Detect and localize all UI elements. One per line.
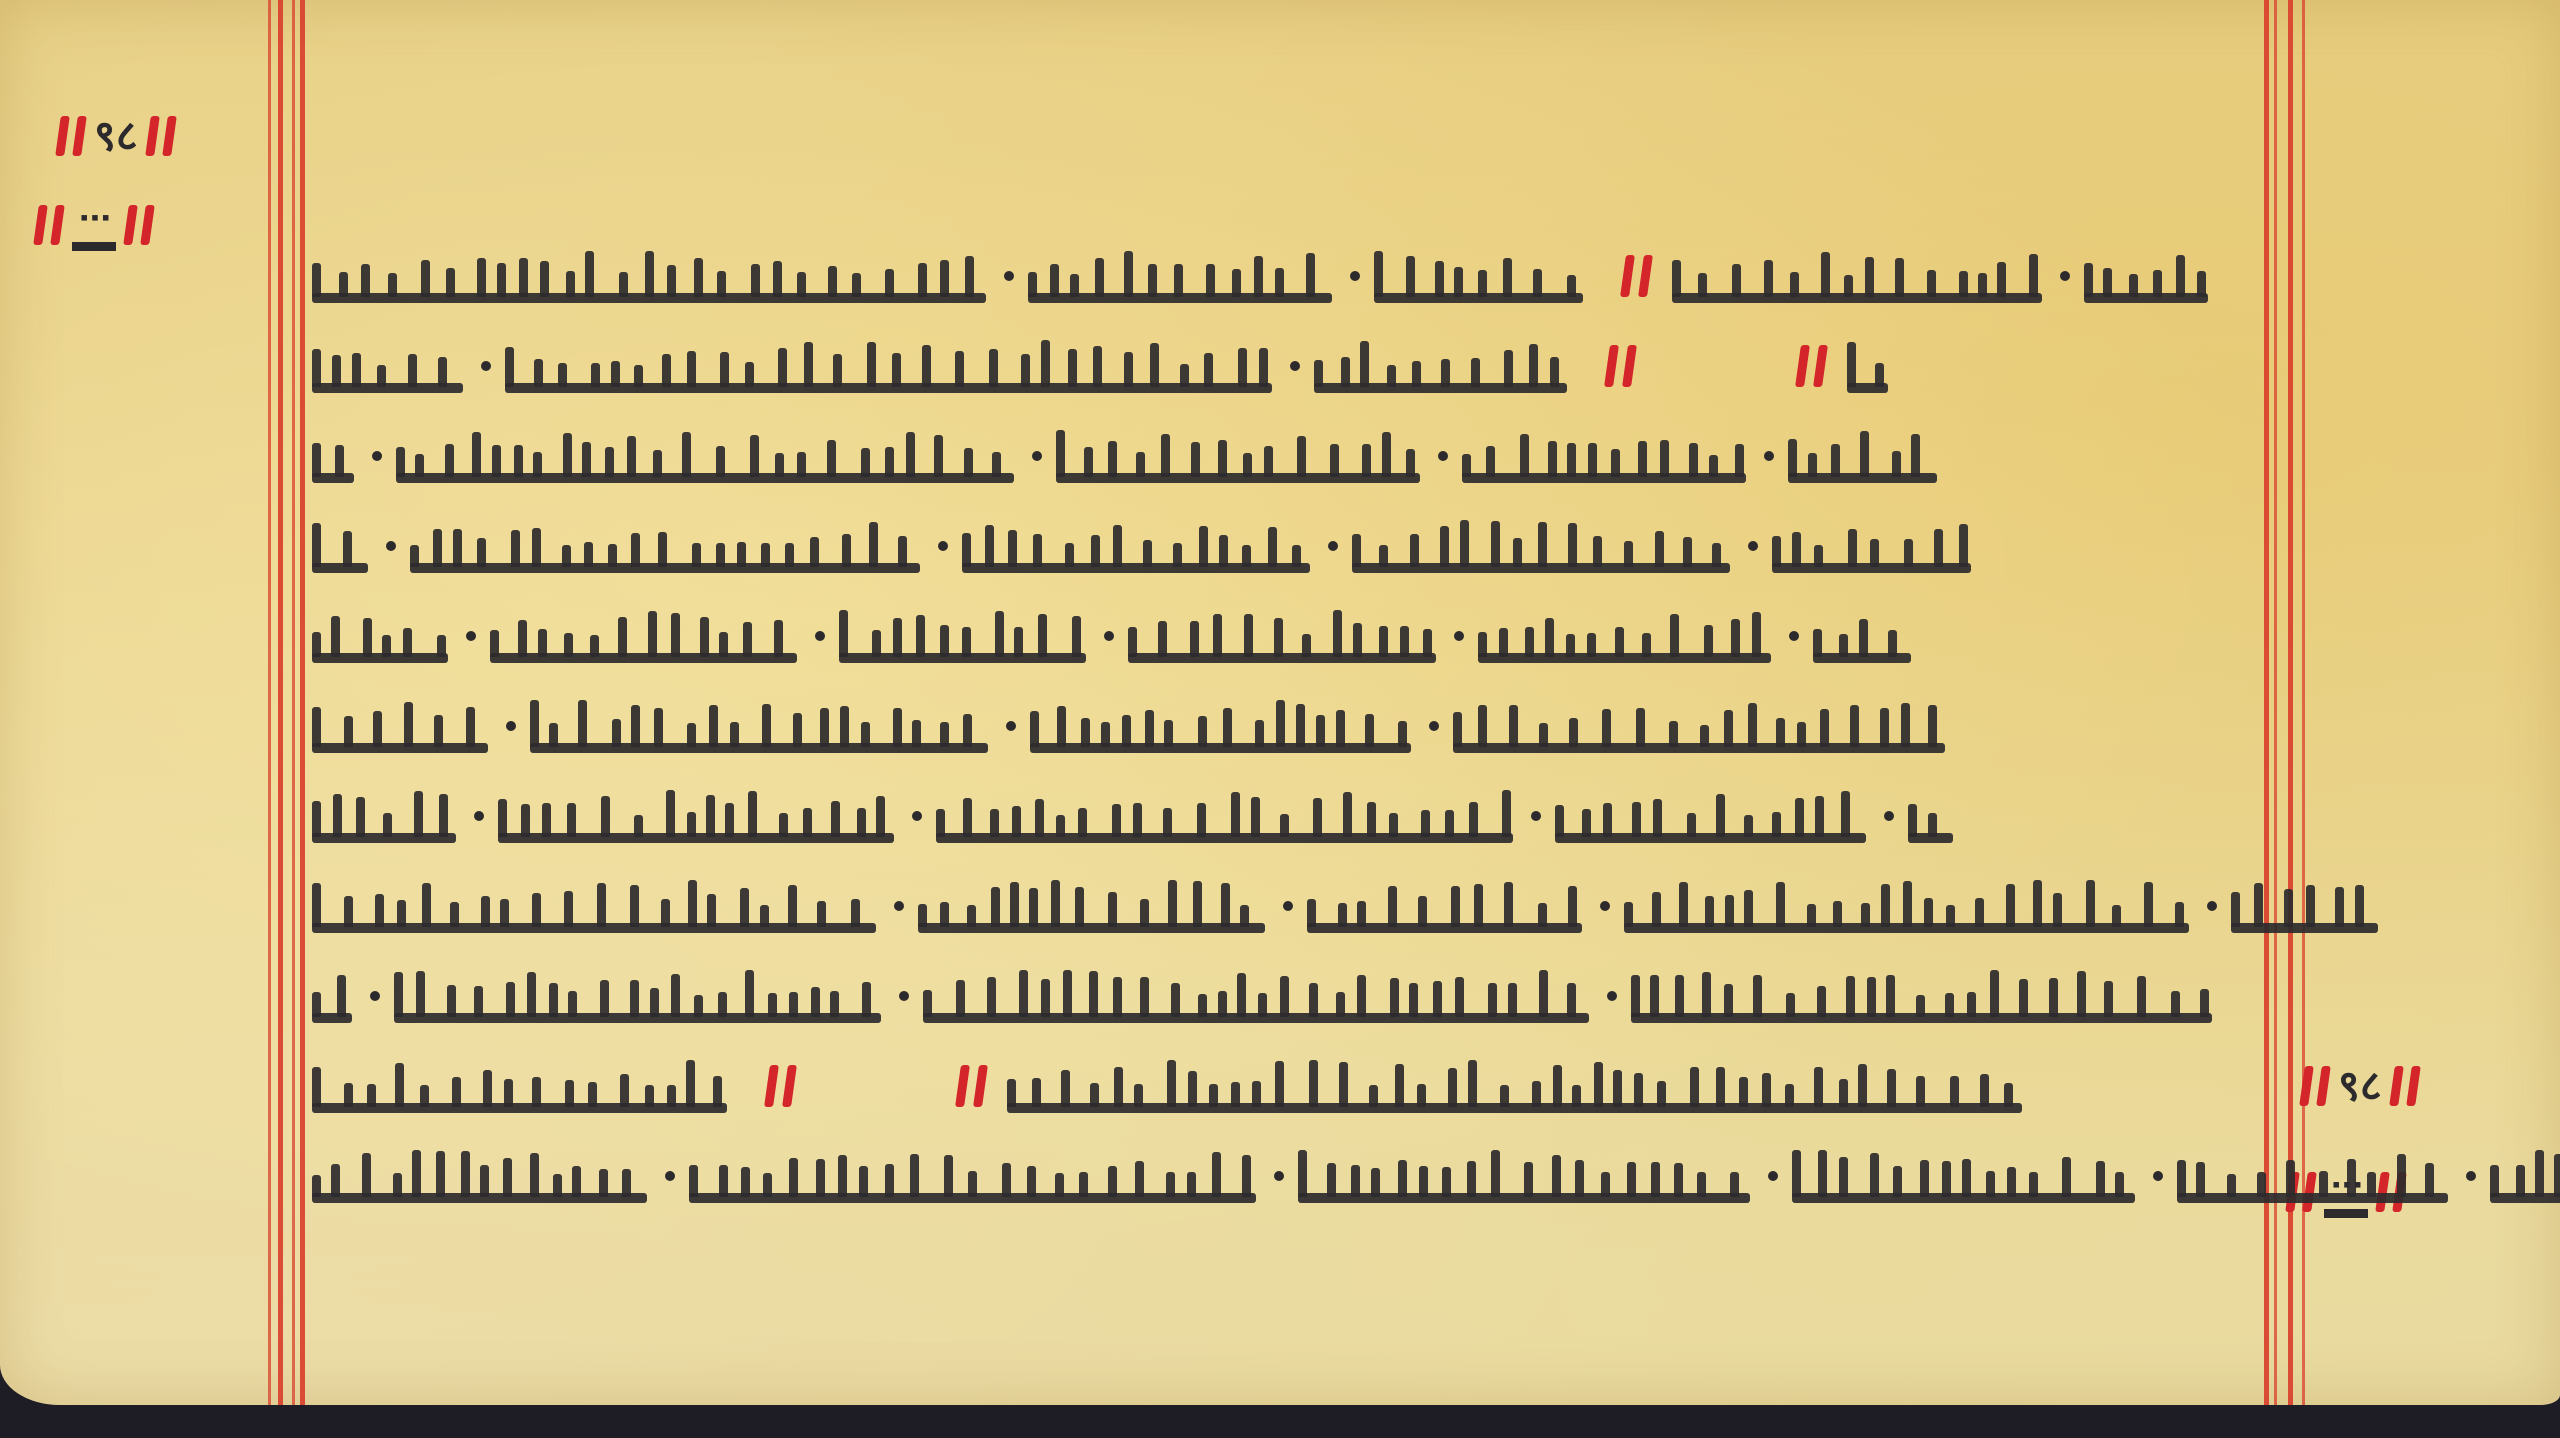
glyph-stroke [985, 525, 994, 567]
glyph-stroke [1552, 1155, 1561, 1197]
glyph-stroke [1818, 1150, 1827, 1197]
glyph-stroke [1395, 1064, 1404, 1107]
glyph-stroke [461, 1151, 470, 1197]
visarga-dot [1789, 631, 1799, 641]
glyph-stroke [1056, 430, 1065, 477]
glyph-stroke [892, 353, 901, 387]
glyph-stroke [774, 620, 783, 657]
glyph-stroke [1191, 442, 1200, 477]
headline-stroke [505, 383, 1272, 393]
script-word [2177, 1139, 2456, 1205]
glyph-stroke [1433, 981, 1442, 1017]
visarga-dot [1328, 541, 1338, 551]
script-word [1813, 599, 1919, 665]
headline-stroke [923, 1013, 1589, 1023]
glyph-stroke [1632, 802, 1641, 837]
glyph-stroke [934, 435, 943, 477]
glyph-stroke [648, 611, 657, 657]
script-word [312, 869, 884, 935]
glyph-stroke [312, 707, 321, 747]
glyph-stroke [1197, 803, 1206, 837]
glyph-stroke [1231, 792, 1240, 837]
glyph-stroke [506, 982, 515, 1017]
glyph-stroke [1847, 342, 1856, 387]
glyph-stroke [1468, 1060, 1477, 1107]
headline-stroke [1555, 833, 1866, 843]
glyph-stroke [743, 622, 752, 657]
glyph-stroke [1859, 619, 1868, 657]
glyph-stroke [2144, 882, 2153, 927]
glyph-stroke [483, 1070, 492, 1107]
glyph-stroke [1901, 703, 1910, 747]
glyph-stroke [1870, 1153, 1879, 1197]
script-word [1298, 1139, 1758, 1205]
manuscript-line: line 1 [312, 245, 2252, 305]
glyph-stroke [564, 891, 573, 927]
glyph-stroke [1041, 979, 1050, 1017]
glyph-stroke [1150, 343, 1159, 387]
script-word [1028, 239, 1340, 305]
glyph-stroke [2535, 1150, 2544, 1197]
glyph-stroke [1502, 790, 1511, 837]
visarga-dot [466, 631, 476, 641]
left-margin-rule [268, 0, 271, 1405]
folio-label-value: ᐧᐧᐧ [72, 198, 116, 251]
glyph-stroke [1298, 1150, 1307, 1197]
glyph-stroke [1406, 256, 1415, 297]
headline-stroke [1908, 833, 1953, 843]
glyph-stroke [788, 885, 797, 927]
glyph-stroke [414, 791, 423, 837]
glyph-stroke [1199, 526, 1208, 567]
glyph-stroke [838, 1155, 847, 1197]
script-word [505, 329, 1280, 395]
glyph-stroke [840, 706, 849, 747]
glyph-stroke [862, 982, 871, 1017]
script-word [1056, 419, 1428, 485]
glyph-stroke [497, 263, 506, 297]
glyph-stroke [412, 1150, 421, 1197]
script-word [1007, 1049, 2030, 1115]
glyph-stroke [1567, 983, 1576, 1017]
glyph-stroke [944, 1155, 953, 1197]
glyph-stroke [1158, 621, 1167, 657]
script-word [312, 599, 456, 665]
glyph-stroke [1075, 887, 1084, 927]
glyph-stroke [1108, 892, 1117, 927]
script-word [312, 509, 376, 575]
visarga-dot [1454, 631, 1464, 641]
script-word [312, 779, 464, 845]
headline-stroke [394, 1013, 881, 1023]
glyph-stroke [532, 893, 541, 927]
left-margin-rule [278, 0, 283, 1405]
glyph-stroke [916, 615, 925, 657]
script-glyphs [312, 1057, 2252, 1115]
glyph-stroke [991, 887, 1000, 927]
glyph-stroke [658, 532, 667, 567]
glyph-stroke [518, 620, 527, 657]
glyph-stroke [1650, 975, 1659, 1017]
glyph-stroke [2033, 880, 2042, 927]
glyph-stroke [1469, 802, 1478, 837]
script-word [923, 959, 1597, 1025]
visarga-dot [2207, 901, 2217, 911]
script-word [1847, 329, 1896, 395]
visarga-dot [894, 901, 904, 911]
glyph-stroke [1140, 977, 1149, 1017]
manuscript-line: line 2 [312, 335, 2252, 395]
script-glyphs [312, 607, 2252, 665]
glyph-stroke [1716, 794, 1725, 837]
glyph-stroke [2355, 885, 2364, 927]
glyph-stroke [1881, 884, 1890, 927]
headline-stroke [1813, 653, 1911, 663]
script-word [936, 779, 1521, 845]
glyph-stroke [433, 529, 442, 567]
glyph-stroke [2425, 1163, 2434, 1197]
glyph-stroke [1221, 883, 1230, 927]
glyph-stroke [1753, 975, 1762, 1017]
glyph-stroke [804, 342, 813, 387]
glyph-stroke [511, 530, 520, 567]
glyph-stroke [1846, 976, 1855, 1017]
glyph-stroke [1815, 796, 1824, 837]
script-word [1631, 959, 2220, 1025]
glyph-stroke [1631, 975, 1640, 1017]
glyph-stroke [1997, 262, 2006, 297]
glyph-stroke [1679, 882, 1688, 927]
glyph-stroke [940, 260, 949, 297]
script-glyphs [312, 427, 2252, 485]
script-word [1352, 509, 1738, 575]
headline-stroke [530, 743, 988, 753]
glyph-stroke [1029, 888, 1038, 927]
headline-stroke [1792, 1193, 2135, 1203]
manuscript-line: line 6 [312, 695, 2252, 755]
glyph-stroke [453, 529, 462, 567]
headline-stroke [312, 833, 456, 843]
glyph-stroke [2306, 885, 2315, 927]
script-word [312, 1139, 655, 1205]
glyph-stroke [1474, 884, 1483, 927]
glyph-stroke [816, 1159, 825, 1197]
glyph-stroke [1002, 1163, 1011, 1197]
headline-stroke [312, 1013, 352, 1023]
glyph-stroke [1674, 1163, 1683, 1197]
glyph-stroke [422, 883, 431, 927]
glyph-stroke [1575, 1160, 1584, 1197]
headline-stroke [839, 653, 1086, 663]
glyph-stroke [706, 795, 715, 837]
visarga-dot [506, 721, 516, 731]
double-danda-icon [1623, 255, 1650, 297]
glyph-stroke [1145, 710, 1154, 747]
glyph-stroke [671, 613, 680, 657]
glyph-stroke [312, 263, 321, 297]
glyph-stroke [2196, 1162, 2205, 1197]
glyph-stroke [1752, 612, 1761, 657]
double-danda-icon [58, 116, 84, 156]
script-glyphs [312, 877, 2396, 935]
glyph-stroke [312, 883, 321, 927]
script-glyphs [312, 697, 2252, 755]
glyph-stroke [1764, 260, 1773, 297]
glyph-stroke [686, 1060, 695, 1107]
glyph-stroke [778, 348, 787, 387]
glyph-stroke [1903, 881, 1912, 927]
glyph-stroke [505, 347, 514, 387]
double-danda-icon [126, 205, 152, 245]
folio-number-value: ९८ [94, 115, 138, 157]
glyph-stroke [910, 1154, 919, 1197]
glyph-stroke [1867, 977, 1876, 1017]
headline-stroke [1007, 1103, 2022, 1113]
glyph-stroke [1820, 709, 1829, 747]
glyph-stroke [1108, 441, 1117, 477]
glyph-stroke [1814, 1067, 1823, 1107]
headline-stroke [1462, 473, 1746, 483]
script-word [396, 419, 1022, 485]
glyph-stroke [1453, 712, 1462, 747]
glyph-stroke [1524, 1162, 1533, 1197]
glyph-stroke [466, 707, 475, 747]
script-word [1453, 689, 1953, 755]
script-word [1555, 779, 1874, 845]
glyph-stroke [343, 531, 352, 567]
double-danda-icon [958, 1065, 985, 1107]
visarga-dot [2060, 271, 2070, 281]
double-danda-icon [1798, 345, 1825, 387]
glyph-stroke [1653, 799, 1662, 837]
left-margin-rule [292, 0, 295, 1405]
glyph-stroke [2049, 978, 2058, 1017]
glyph-stroke [750, 435, 759, 477]
glyph-stroke [472, 432, 481, 477]
glyph-stroke [356, 797, 365, 837]
glyph-stroke [1113, 977, 1122, 1017]
glyph-stroke [597, 883, 606, 927]
glyph-stroke [1886, 975, 1895, 1017]
glyph-stroke [1276, 700, 1285, 747]
manuscript-text-block: line 1line 2line 3line 4line 5line 6line… [312, 245, 2252, 1235]
glyph-stroke [439, 794, 448, 837]
glyph-stroke [567, 803, 576, 837]
glyph-stroke [2084, 263, 2093, 297]
script-word [962, 509, 1318, 575]
glyph-stroke [682, 432, 691, 477]
glyph-stroke [1275, 1061, 1284, 1107]
glyph-stroke [1545, 618, 1554, 657]
glyph-stroke [893, 708, 902, 747]
headline-stroke [312, 1193, 647, 1203]
glyph-stroke [1161, 434, 1170, 477]
glyph-stroke [1327, 1163, 1336, 1197]
glyph-stroke [1792, 532, 1801, 567]
glyph-stroke [2137, 976, 2146, 1017]
glyph-stroke [1538, 522, 1547, 567]
visarga-dot [1006, 721, 1016, 731]
glyph-stroke [312, 349, 321, 387]
glyph-stroke [1030, 711, 1039, 747]
glyph-stroke [1990, 970, 1999, 1017]
glyph-stroke [1057, 706, 1066, 747]
glyph-stroke [876, 796, 885, 837]
glyph-stroke [1651, 1162, 1660, 1197]
headline-stroke [312, 653, 448, 663]
visarga-dot [1032, 451, 1042, 461]
script-word [1374, 239, 1591, 305]
glyph-stroke [654, 708, 663, 747]
script-glyphs [312, 787, 2252, 845]
glyph-stroke [1690, 1067, 1699, 1107]
script-glyphs [312, 1147, 2560, 1205]
glyph-stroke [820, 708, 829, 747]
headline-stroke [2490, 1193, 2560, 1203]
glyph-stroke [645, 251, 654, 297]
visarga-dot [912, 811, 922, 821]
glyph-stroke [987, 977, 996, 1017]
glyph-stroke [666, 790, 675, 837]
folio-number-value: ९८ [2338, 1065, 2382, 1107]
glyph-stroke [549, 983, 558, 1017]
glyph-stroke [312, 801, 321, 837]
headline-stroke [312, 743, 488, 753]
headline-stroke [312, 473, 354, 483]
glyph-stroke [725, 803, 734, 837]
glyph-stroke [312, 523, 321, 567]
glyph-stroke [1491, 521, 1500, 567]
glyph-stroke [540, 261, 549, 297]
glyph-stroke [1652, 892, 1661, 927]
glyph-stroke [394, 972, 403, 1017]
glyph-stroke [1508, 983, 1517, 1017]
glyph-stroke [627, 436, 636, 477]
headline-stroke [1352, 563, 1730, 573]
glyph-stroke [2029, 254, 2038, 297]
glyph-stroke [337, 975, 346, 1017]
visarga-dot [1104, 631, 1114, 641]
script-word [1624, 869, 2197, 935]
glyph-stroke [1731, 619, 1740, 657]
glyph-stroke [1672, 260, 1681, 297]
manuscript-line: line 3 [312, 425, 2252, 485]
script-word [312, 239, 994, 305]
glyph-stroke [421, 260, 430, 297]
glyph-stroke [1309, 1060, 1318, 1107]
script-word [498, 779, 902, 845]
background-surface [0, 1405, 2560, 1438]
headline-stroke [1624, 923, 2189, 933]
glyph-stroke [503, 1158, 512, 1197]
glyph-stroke [1133, 803, 1142, 837]
glyph-stroke [1398, 1160, 1407, 1197]
glyph-stroke [542, 803, 551, 837]
glyph-stroke [1603, 803, 1612, 837]
glyph-stroke [1218, 440, 1227, 477]
headline-stroke [1847, 383, 1888, 393]
script-word [490, 599, 805, 665]
glyph-stroke [312, 1067, 321, 1107]
glyph-stroke [867, 342, 876, 387]
glyph-stroke [1390, 978, 1399, 1017]
visarga-dot [372, 451, 382, 461]
glyph-stroke [2104, 981, 2113, 1017]
visarga-dot [481, 361, 491, 371]
headline-stroke [498, 833, 894, 843]
headline-stroke [936, 833, 1513, 843]
glyph-stroke [1504, 882, 1513, 927]
headline-stroke [1788, 473, 1937, 483]
glyph-stroke [530, 1153, 539, 1197]
glyph-stroke [498, 799, 507, 837]
script-word [839, 599, 1094, 665]
glyph-stroke [1638, 441, 1647, 477]
glyph-stroke [1409, 983, 1418, 1017]
glyph-stroke [1655, 531, 1664, 567]
glyph-stroke [1190, 621, 1199, 657]
headline-stroke [2177, 1193, 2448, 1203]
glyph-stroke [1716, 1067, 1725, 1107]
glyph-stroke [1895, 258, 1904, 297]
manuscript-line: line 7 [312, 785, 2252, 845]
glyph-stroke [1309, 983, 1318, 1017]
glyph-stroke [1942, 1161, 1951, 1197]
glyph-stroke [1634, 1073, 1643, 1107]
glyph-stroke [1274, 618, 1283, 657]
double-danda-icon [1607, 345, 1634, 387]
headline-stroke [1128, 653, 1436, 663]
glyph-stroke [1382, 432, 1391, 477]
folio-label-left: ᐧᐧᐧ [36, 198, 152, 251]
glyph-stroke [630, 980, 639, 1017]
glyph-stroke [333, 794, 342, 837]
glyph-stroke [1911, 434, 1920, 477]
script-word [1908, 779, 1961, 845]
glyph-stroke [1242, 1155, 1251, 1197]
double-danda-icon [36, 205, 62, 245]
left-margin-rule [300, 0, 305, 1405]
glyph-stroke [362, 1153, 371, 1197]
glyph-stroke [962, 533, 971, 567]
headline-stroke [490, 653, 797, 663]
glyph-stroke [1448, 1068, 1457, 1107]
headline-stroke [312, 1103, 727, 1113]
glyph-stroke [2231, 892, 2240, 927]
glyph-stroke [2096, 1161, 2105, 1197]
glyph-stroke [563, 433, 572, 477]
glyph-stroke [688, 880, 697, 927]
glyph-stroke [1588, 443, 1597, 477]
script-glyphs [312, 967, 2252, 1025]
headline-stroke [918, 923, 1265, 933]
script-word [394, 959, 889, 1025]
glyph-stroke [1306, 253, 1315, 297]
glyph-stroke [1188, 1071, 1197, 1107]
glyph-stroke [436, 1151, 445, 1197]
glyph-stroke [1124, 251, 1133, 297]
glyph-stroke [1168, 880, 1177, 927]
glyph-stroke [2177, 1160, 2186, 1197]
script-word [312, 959, 360, 1025]
headline-stroke [1631, 1013, 2212, 1023]
script-word [1128, 599, 1444, 665]
glyph-stroke [793, 713, 802, 747]
visarga-dot [2153, 1171, 2163, 1181]
manuscript-line: line 4 [312, 515, 2252, 575]
glyph-stroke [789, 1158, 798, 1197]
glyph-stroke [762, 704, 771, 747]
